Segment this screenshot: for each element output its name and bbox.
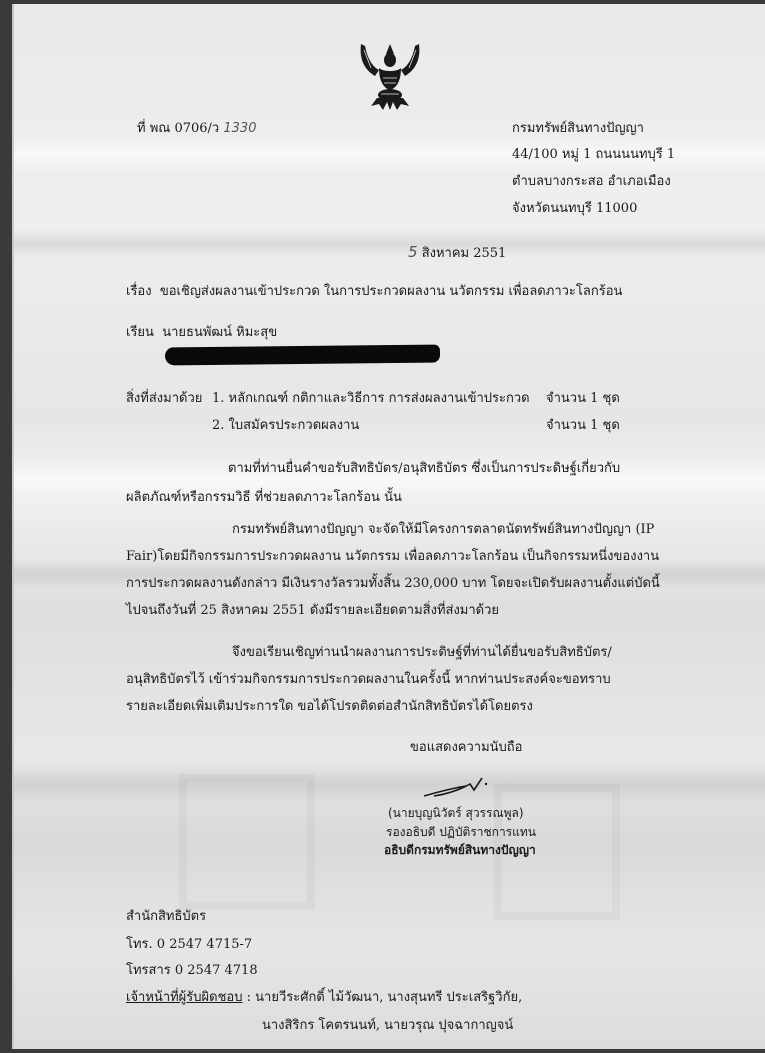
sender-address-line-3: จังหวัดนนทบุรี 11000 <box>512 201 637 217</box>
footer-contact-line-2: นางสิริกร โคตรนนท์, นายวรุณ ปุจฉากาญจน์ <box>262 1018 513 1034</box>
garuda-emblem-icon <box>357 40 423 112</box>
footer-fax: โทรสาร 0 2547 4718 <box>126 963 258 979</box>
footer-office: สำนักสิทธิบัตร <box>126 909 206 925</box>
handwritten-reference-number: 1330 <box>223 121 256 136</box>
contact-separator: : <box>242 990 255 1005</box>
date-month-year: สิงหาคม 2551 <box>422 246 507 261</box>
subject-label: เรื่อง <box>126 284 152 299</box>
paragraph-3-line-3: รายละเอียดเพิ่มเติมประการใด ขอได้โปรดติด… <box>126 699 533 715</box>
paragraph-2-line-1: กรมทรัพย์สินทางปัญญา จะจัดให้มีโครงการตล… <box>232 522 654 538</box>
recipient-name: นายธนพัฒน์ หิมะสุข <box>162 325 277 340</box>
enclosure-item-2: 2. ใบสมัครประกวดผลงาน <box>212 418 359 434</box>
closing-salutation: ขอแสดงความนับถือ <box>410 740 522 756</box>
paragraph-1-line-1: ตามที่ท่านยื่นคำขอรับสิทธิบัตร/อนุสิทธิบ… <box>228 461 620 477</box>
reference-prefix: ที่ พณ 0706/ว <box>137 121 219 136</box>
signature-icon <box>420 774 490 800</box>
enclosures-label: สิ่งที่ส่งมาด้วย <box>126 391 202 407</box>
sender-address-line-2: ตำบลบางกระสอ อำเภอเมือง <box>512 174 671 190</box>
paragraph-1-line-2: ผลิตภัณฑ์หรือกรรมวิธี ที่ช่วยลดภาวะโลกร้… <box>126 490 402 506</box>
contact-label: เจ้าหน้าที่ผู้รับผิดชอบ <box>126 990 242 1005</box>
paragraph-2-line-3: การประกวดผลงานดังกล่าว มีเงินรางวัลรวมทั… <box>126 576 660 592</box>
reference-number: ที่ พณ 0706/ว 1330 <box>137 121 256 137</box>
paragraph-3-line-1: จึงขอเรียนเชิญท่านนำผลงานการประดิษฐ์ที่ท… <box>232 645 612 661</box>
paragraph-2-line-2: Fair)โดยมีกิจกรรมการประกวดผลงาน นวัตกรรม… <box>126 549 659 565</box>
enclosure-item-1: 1. หลักเกณฑ์ กติกาและวิธีการ การส่งผลงาน… <box>212 391 530 407</box>
subject-line: เรื่อง ขอเชิญส่งผลงานเข้าประกวด ในการประ… <box>126 284 622 300</box>
subject-text: ขอเชิญส่งผลงานเข้าประกวด ในการประกวดผลงา… <box>160 284 623 299</box>
contact-names-1: นายวีระศักดิ์ ไม้วัฒนา, นางสุนทรี ประเสร… <box>255 990 522 1005</box>
footer-contact-line-1: เจ้าหน้าที่ผู้รับผิดชอบ : นายวีระศักดิ์ … <box>126 990 522 1006</box>
sender-address-line-1: 44/100 หมู่ 1 ถนนนนทบุรี 1 <box>512 147 675 163</box>
recipient-label: เรียน <box>126 325 154 340</box>
letter-date: 5 สิงหาคม 2551 <box>408 244 506 262</box>
recipient-line: เรียน นายธนพัฒน์ หิมะสุข <box>126 325 277 341</box>
handwritten-date-day: 5 <box>408 243 418 261</box>
redacted-address-bar <box>165 345 440 366</box>
enclosure-qty-2: จำนวน 1 ชุด <box>546 418 620 434</box>
paragraph-3-line-2: อนุสิทธิบัตรไว้ เข้าร่วมกิจกรรมการประกวด… <box>126 672 611 688</box>
signer-title-1: รองอธิบดี ปฏิบัติราชการแทน <box>386 824 536 840</box>
paragraph-2-line-4: ไปจนถึงวันที่ 25 สิงหาคม 2551 ดังมีรายละ… <box>126 603 499 619</box>
sender-org: กรมทรัพย์สินทางปัญญา <box>512 121 644 137</box>
signer-title-2: อธิบดีกรมทรัพย์สินทางปัญญา <box>384 842 536 858</box>
enclosure-qty-1: จำนวน 1 ชุด <box>546 391 620 407</box>
signer-name: (นายบุญนิวัตร์ สุวรรณพูล) <box>388 805 524 821</box>
footer-tel: โทร. 0 2547 4715-7 <box>126 937 252 953</box>
